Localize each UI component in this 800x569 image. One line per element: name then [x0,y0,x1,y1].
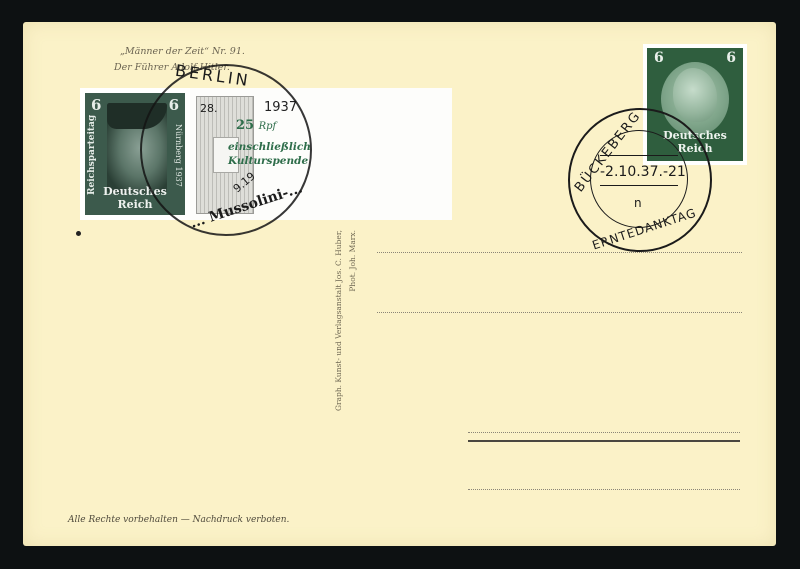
address-line-underline [468,440,740,442]
caption-title: „Männer der Zeit“ Nr. 91. [120,44,245,60]
postmark-code: n [634,196,642,210]
postmark-date: -2.10.37.-21 [600,164,686,180]
postmark-bar [600,185,678,186]
address-line-4[interactable] [468,489,740,490]
publisher-line-2: Phot. Joh. Marx. [348,230,357,292]
stamp-value-right: 6 [726,50,736,66]
dot-mark [76,231,81,236]
address-line-3[interactable] [468,432,740,433]
address-line-2[interactable] [377,312,742,313]
footer-rights: Alle Rechte vorbehalten — Nachdruck verb… [68,515,289,525]
address-line-1[interactable] [377,252,742,253]
publisher-imprint: Graph. Kunst- und Verlagsanstalt Jos. C.… [328,230,388,510]
postmark-bar [600,155,678,156]
postmark-date-top: 28. [200,102,218,115]
publisher-line-1: Graph. Kunst- und Verlagsanstalt Jos. C.… [334,230,343,411]
stamp-value-left: 6 [654,50,664,66]
